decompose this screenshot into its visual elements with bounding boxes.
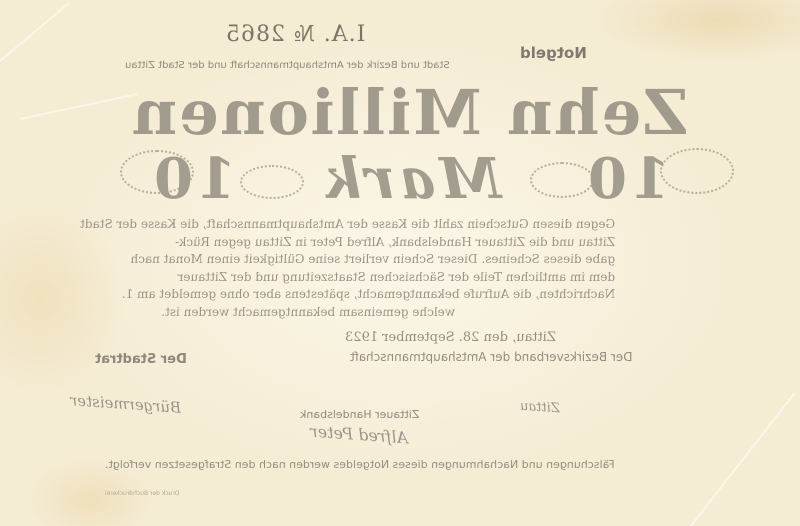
legal-line: dem im amtlichen Teile der Sächsischen S… [80, 269, 615, 287]
notgeld-label: Notgeld [520, 44, 587, 62]
serial-number: I.A. № 2865 [225, 22, 365, 47]
legal-text: Gegen diesen Gutschein zahlt die Kasse d… [80, 216, 615, 321]
ornament-swirl-icon [660, 148, 734, 194]
denomination-amount: 10 Mark 10 [150, 146, 670, 212]
legal-line: Nachrichten, die Aufrufe bekanntgemacht,… [80, 286, 615, 304]
amount-left: 10 [584, 146, 670, 212]
printer-imprint: Druck der Buchdruckerei [105, 490, 180, 497]
amount-center: Mark [319, 146, 502, 212]
legal-line: welche gemeinsam bekanntgemacht werden i… [80, 304, 615, 322]
counterfeit-warning: Fälschungen und Nachahmungen dieses Notg… [105, 458, 615, 471]
legal-line: Zittau und die Zittauer Handelsbank, Alf… [80, 234, 615, 252]
issuer-subtitle: Stadt und Bezirk der Amtshauptmannschaft… [125, 60, 450, 71]
signature-issuer: Zittau [520, 399, 561, 417]
amount-right: 10 [150, 146, 236, 212]
issuer-name: Der Bezirksverband der Amtshauptmannscha… [350, 350, 632, 364]
legal-line: gabe dieses Scheines. Dieser Schein verl… [80, 251, 615, 269]
denomination-headline: Zehn Millionen [130, 76, 688, 149]
stadtrat-label: Der Stadtrat [95, 352, 187, 367]
issue-date: Zittau, den 28. September 1923 [345, 330, 556, 345]
bank-name: Zittauer Handelsbank [300, 408, 419, 421]
legal-line: Gegen diesen Gutschein zahlt die Kasse d… [80, 216, 615, 234]
